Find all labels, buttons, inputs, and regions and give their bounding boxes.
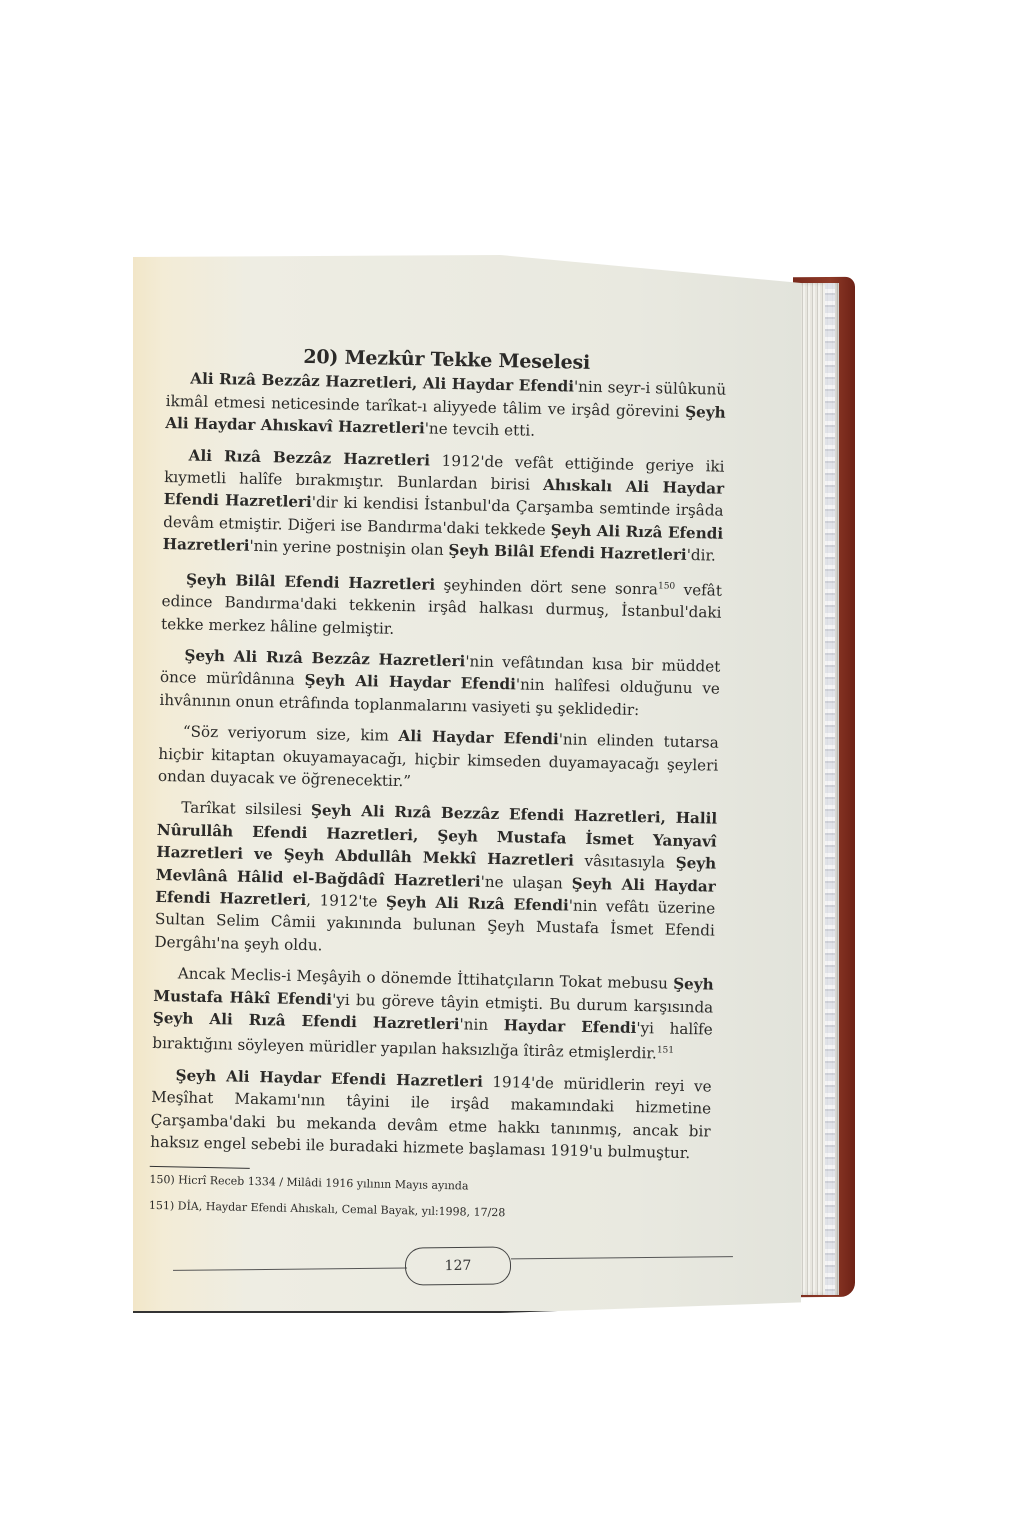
page-number: 127 [405, 1246, 511, 1285]
paragraph: Şeyh Bilâl Efendi Hazretleri şeyhinden d… [161, 565, 722, 647]
page-text: 20) Mezkûr Tekke Meselesi Ali Rızâ Bezzâ… [149, 343, 727, 1234]
page-number-ornament: 127 [173, 1242, 733, 1288]
paragraph: Şeyh Ali Haydar Efendi Hazretleri 1914'd… [150, 1064, 712, 1165]
paragraph: Ali Rızâ Bezzâz Hazretleri 1912'de vefât… [163, 444, 725, 568]
divider-line-left [173, 1267, 407, 1270]
paragraph: “Söz veriyorum size, kim Ali Haydar Efen… [158, 720, 719, 799]
paragraphs: Ali Rızâ Bezzâz Hazretleri, Ali Haydar E… [150, 367, 726, 1165]
paragraph: Şeyh Ali Rızâ Bezzâz Hazretleri'nin vefâ… [159, 644, 720, 723]
divider-line-right [511, 1256, 733, 1259]
paragraph: Ancak Meclis-i Meşâyih o dönemde İttihat… [152, 962, 714, 1066]
book-page: 20) Mezkûr Tekke Meselesi Ali Rızâ Bezzâ… [133, 255, 801, 1313]
paragraph: Ali Rızâ Bezzâz Hazretleri, Ali Haydar E… [165, 367, 726, 446]
footnote-rule [150, 1165, 250, 1168]
paragraph: Tarîkat silsilesi Şeyh Ali Rızâ Bezzâz E… [154, 796, 717, 965]
footnote-150: 150) Hicrî Receb 1334 / Milâdi 1916 yılı… [149, 1170, 709, 1199]
page-edges [795, 283, 839, 1295]
open-book: 20) Mezkûr Tekke Meselesi Ali Rızâ Bezzâ… [133, 255, 855, 1315]
footnote-151: 151) DİA, Haydar Efendi Ahıskalı, Cemal … [149, 1196, 709, 1225]
